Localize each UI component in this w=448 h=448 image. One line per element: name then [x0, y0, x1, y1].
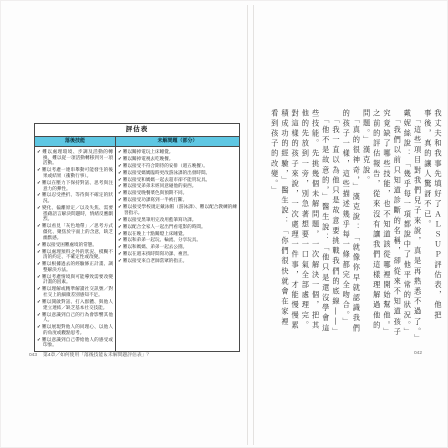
checklist-row: ✓難以展現對他人的同理心、以他人的角度或觀點思考。 [37, 324, 113, 335]
page-gutter-line [253, 5, 254, 445]
checklist-row: ✓難以接受不符合期待的安排（週五晚餐）。 [118, 163, 237, 169]
lagging-skills-column: ✓難以處理環境、步調及活動的轉換，難以從一項活動轉移到另一項活動。 ✓難以考慮一… [35, 147, 116, 351]
check-icon: ✓ [37, 180, 41, 185]
checklist-row: ✓難以關掉電視去吃晚餐。 [118, 156, 237, 162]
unsolved-problems-column: ✓難以關掉電玩上床睡覺。 ✓難以關掉電視去吃晚餐。 ✓難以接受不符合期待的安排（… [116, 147, 239, 351]
checklist-row: ✓難以在週末找時間寫功課、複習。 [118, 251, 237, 257]
vertical-text-column: 他的先放到一旁，別急著想要一口氣全部處理完。 [300, 109, 310, 361]
checklist-row: ✓難以理解或精準解讀社交訊號／對社交上的細微差別感知不足。 [37, 286, 113, 297]
check-icon: ✓ [37, 324, 41, 329]
check-icon: ✓ [37, 149, 41, 154]
check-icon: ✓ [37, 242, 41, 247]
checklist-item-text: 難以和弟弟一起玩、輪流、分享玩具。 [123, 237, 201, 242]
checklist-item-text: 難以根據過去的經驗修正計畫、調整解決方法。 [42, 261, 113, 272]
vertical-text-column: 我丈夫和我事先填好了ＡＬＳＵＰ評估表，他把 [433, 109, 443, 361]
checklist-item-text: 變化、偏離原定／以及失焦、需要憑藉語言解決問題時，情緒反應劇烈。 [42, 205, 113, 221]
right-page-number: 042 [414, 351, 422, 356]
checklist-item-text: 難以展現對他人的同理心、以他人的角度或觀點思考。 [42, 324, 113, 335]
checklist-row: ✓難以接受和媽媽一起去超市卻不能買玩具。 [118, 177, 237, 183]
checklist-row: ✓難以根據過去的經驗修正計畫、調整解決方法。 [37, 261, 113, 272]
vertical-text-column: 對這樣的孩子來說，一次處理一件事，才能慢慢累 [290, 109, 300, 361]
check-icon: ✓ [118, 163, 122, 168]
check-icon: ✓ [37, 192, 41, 197]
checklist-row: ✓難以接受困難處境的常態。 [37, 242, 113, 248]
checklist-row: ✓難以接受功課寫到一半被打斷。 [118, 197, 237, 203]
vertical-text-column: 戴妮絲說：「幾乎每一項都說中了他平常的狀況。」 [402, 109, 412, 361]
vertical-body-text: 我丈夫和我事先填好了ＡＬＳＵＰ評估表，他把 事後，真的讓人驚訝不已。 「這些項目… [269, 109, 443, 361]
check-icon: ✓ [118, 217, 122, 222]
checklist-item-text: 難以處理環境、步調及活動的轉換，難以從一項活動轉移到另一項活動。 [42, 149, 113, 165]
vertical-text-column: 「我們以前只知道診斷的名稱，卻從來不知道孩子 [392, 109, 402, 361]
checklist-item-text: 難以接受來自老師當眾的指正。 [123, 258, 187, 263]
checklist-item-text: 難以理解或精準解讀社交訊號／對社交上的細微差別感知不足。 [42, 286, 113, 297]
checklist-item-text: 難以接受困難處境的常態。 [42, 242, 97, 247]
footer-chapter-title: 第4章／如何使用「落後技能＆未解問題評估表」？ [43, 353, 151, 358]
table-body: ✓難以處理環境、步調及活動的轉換，難以從一項活動轉移到另一項活動。 ✓難以考慮一… [35, 147, 239, 351]
check-icon: ✓ [118, 237, 122, 242]
checklist-row: ✓難以接受晚餐菜色與預期不同。 [118, 190, 237, 196]
right-page-footer: 042 [414, 351, 422, 356]
check-icon: ✓ [118, 177, 122, 182]
checklist-item-text: 難以在晚上十點關燈上床睡覺。 [123, 231, 187, 236]
checklist-row: ✓難以和弟弟一起玩、輪流、分享玩具。 [118, 237, 237, 243]
checklist-item-text: 難以和媽媽、弟弟一起去公園。 [123, 244, 187, 249]
vertical-text-column: 之前的評估報告，從來沒有讓我們這樣理解過他的 [372, 109, 382, 361]
check-icon: ✓ [37, 337, 41, 342]
checklist-row: ✓難以考慮情境與可能導致需要改變計畫的因素。 [37, 274, 113, 285]
checklist-item-text: 難以關掉電視去吃晚餐。 [123, 156, 174, 161]
checklist-item-text: 難以配合全家人一起出門看電影的時間。 [123, 224, 206, 229]
left-page-footer: 043第4章／如何使用「落後技能＆未解問題評估表」？ [29, 351, 151, 358]
checklist-row: ✓難以在壓力下保持對話、思考與注意力的彈性。 [37, 180, 113, 191]
checklist-row: ✓難以接受來自老師當眾的指正。 [118, 258, 237, 264]
check-icon: ✓ [37, 223, 41, 228]
check-icon: ✓ [37, 205, 41, 210]
vertical-text-column: 究竟缺了哪些技能，也不知道該從哪裡開始幫他。」 [382, 109, 392, 361]
checklist-row: ✓難以接受媽媽臨時更改游泳課的出發時間。 [118, 170, 237, 176]
checklist-row: ✓難以接受黑筆用完改用藍筆寫功課。 [118, 217, 237, 223]
checklist-item-text: 難以接受功課寫到一半被打斷。 [123, 197, 187, 202]
checklist-item-text: 難以接受媽媽臨時更改游泳課的出發時間。 [123, 170, 210, 175]
checklist-item-text: 難以處理預料之外的狀況、模糊不清的約定、不確定性或改變。 [42, 249, 113, 260]
checklist-item-text: 難以看見「灰色地帶」／思考方式僵化、聚焦於字面上的含意，缺乏幽默感。 [42, 223, 113, 239]
checklist-row: ✓難以意識到自己帶給他人的感受或印象。 [37, 337, 113, 348]
checklist-row: ✓難以接受弟弟未經同意碰他的東西。 [118, 183, 237, 189]
checklist-item-text: 難以在週末找時間寫功課、複習。 [123, 251, 192, 256]
column-header-lagging-skills: 落後技能 [35, 137, 116, 146]
checklist-item-text: 難以接受晚餐菜色與預期不同。 [123, 190, 187, 195]
checklist-item-text: 難以開啟對話、打入群體、與他人建立連結／缺乏基本社交技能。 [42, 299, 113, 310]
vertical-text-column: 「他不是故意的，」醫生說：「他只是還沒學會這 [321, 109, 331, 361]
checklist-item-text: 難以接受黑筆用完改用藍筆寫功課。 [123, 217, 197, 222]
checklist-row: ✓難以配合全家人一起出門看電影的時間。 [118, 224, 237, 230]
checklist-row: ✓難以關掉電玩上床睡覺。 [118, 149, 237, 155]
check-icon: ✓ [118, 244, 122, 249]
check-icon: ✓ [118, 231, 122, 236]
check-icon: ✓ [118, 197, 122, 202]
check-icon: ✓ [118, 251, 122, 256]
page-gutter-line [247, 5, 248, 445]
checklist-row: ✓難以在晚上十點關燈上床睡覺。 [118, 231, 237, 237]
check-icon: ✓ [118, 190, 122, 195]
checklist-item-text: 難以意識到自己帶給他人的感受或印象。 [42, 337, 113, 348]
checklist-row: ✓難以和媽媽、弟弟一起去公園。 [118, 244, 237, 250]
checklist-item-text: 難以接受和媽媽一起去超市卻不能買玩具。 [123, 177, 210, 182]
check-icon: ✓ [37, 312, 41, 317]
vertical-text-column: 「這些項目對我們兒子來說，真是再熟悉不過了。」 [412, 109, 422, 361]
check-icon: ✓ [118, 224, 122, 229]
vertical-text-column: 事後，真的讓人驚訝不已。 [423, 109, 433, 361]
checklist-item-text: 難以意識到自己的行為會影響其他人。 [42, 312, 113, 323]
checklist-item-text: 難以接受不符合期待的安排（週五晚餐）。 [123, 163, 208, 168]
alsup-assessment-table: 評估表 落後技能 未解問題（部分） ✓難以處理環境、步調及活動的轉換，難以從一項… [34, 123, 240, 352]
check-icon: ✓ [37, 299, 41, 304]
checklist-row: ✓難以意識到自己的行為會影響其他人。 [37, 312, 113, 323]
checklist-item-text: 難以考慮一連串舉動可能發生的後果或結果（衝動行事）。 [42, 167, 113, 178]
check-icon: ✓ [37, 274, 41, 279]
check-icon: ✓ [118, 149, 122, 154]
check-icon: ✓ [118, 204, 122, 209]
checklist-item-text: 難以在壓力下保持對話、思考與注意力的彈性。 [42, 180, 113, 191]
vertical-text-column: 「我一直以為他只是故意要挑戰我們的底線——」 [331, 109, 341, 361]
checklist-item-text: 難以關掉電玩上床睡覺。 [123, 149, 174, 154]
column-header-unsolved-problems: 未解問題（部分） [116, 137, 239, 146]
check-icon: ✓ [118, 156, 122, 161]
check-icon: ✓ [37, 261, 41, 266]
checklist-row: ✓難以忍受挫折、等待與不確定的狀況。 [37, 192, 113, 203]
checklist-row: ✓變化、偏離原定／以及失焦、需要憑藉語言解決問題時，情緒反應劇烈。 [37, 205, 113, 222]
vertical-text-column: 積成功的經驗，」醫生說：「你們很快就會在家裡 [280, 109, 290, 361]
check-icon: ✓ [37, 286, 41, 291]
checklist-row: ✓難以考慮一連串舉動可能發生的後果或結果（衝動行事）。 [37, 167, 113, 178]
table-title: 評估表 [35, 124, 239, 137]
vertical-text-column: 些技能。先挑幾個未解問題，一次解決一個，把其 [310, 109, 320, 361]
vertical-text-column: 「真的很神奇，」漢克說：「就像你早就認識我們 [351, 109, 361, 361]
checklist-row: ✓難以處理環境、步調及活動的轉換，難以從一項活動轉移到另一項活動。 [37, 149, 113, 166]
check-icon: ✓ [118, 170, 122, 175]
vertical-text-column: 的孩子一樣，這些描述幾乎每一條都完全吻合。」 [341, 109, 351, 361]
vertical-text-column: 看到孩子的改變。」 [270, 109, 280, 361]
checklist-row: ✓難以處理預料之外的狀況、模糊不清的約定、不確定性或改變。 [37, 249, 113, 260]
check-icon: ✓ [37, 167, 41, 172]
checklist-item-text: 難以接受學校規定戴泳帽（游泳課）、難以配合教練的練習指示。 [123, 204, 237, 215]
check-icon: ✓ [118, 183, 122, 188]
checklist-item-text: 難以忍受挫折、等待與不確定的狀況。 [42, 192, 113, 203]
checklist-row: ✓難以看見「灰色地帶」／思考方式僵化、聚焦於字面上的含意，缺乏幽默感。 [37, 223, 113, 240]
left-page-number: 043 [29, 353, 37, 358]
checklist-item-text: 難以考慮情境與可能導致需要改變計畫的因素。 [42, 274, 113, 285]
checklist-row: ✓難以開啟對話、打入群體、與他人建立連結／缺乏基本社交技能。 [37, 299, 113, 310]
check-icon: ✓ [37, 249, 41, 254]
vertical-text-column: 問題。」漢克說。 [361, 109, 371, 361]
checklist-row: ✓難以接受學校規定戴泳帽（游泳課）、難以配合教練的練習指示。 [118, 204, 237, 215]
table-header-row: 落後技能 未解問題（部分） [35, 137, 239, 147]
checklist-item-text: 難以接受弟弟未經同意碰他的東西。 [123, 183, 197, 188]
book-spread: 評估表 落後技能 未解問題（部分） ✓難以處理環境、步調及活動的轉換，難以從一項… [0, 0, 448, 448]
check-icon: ✓ [118, 258, 122, 263]
